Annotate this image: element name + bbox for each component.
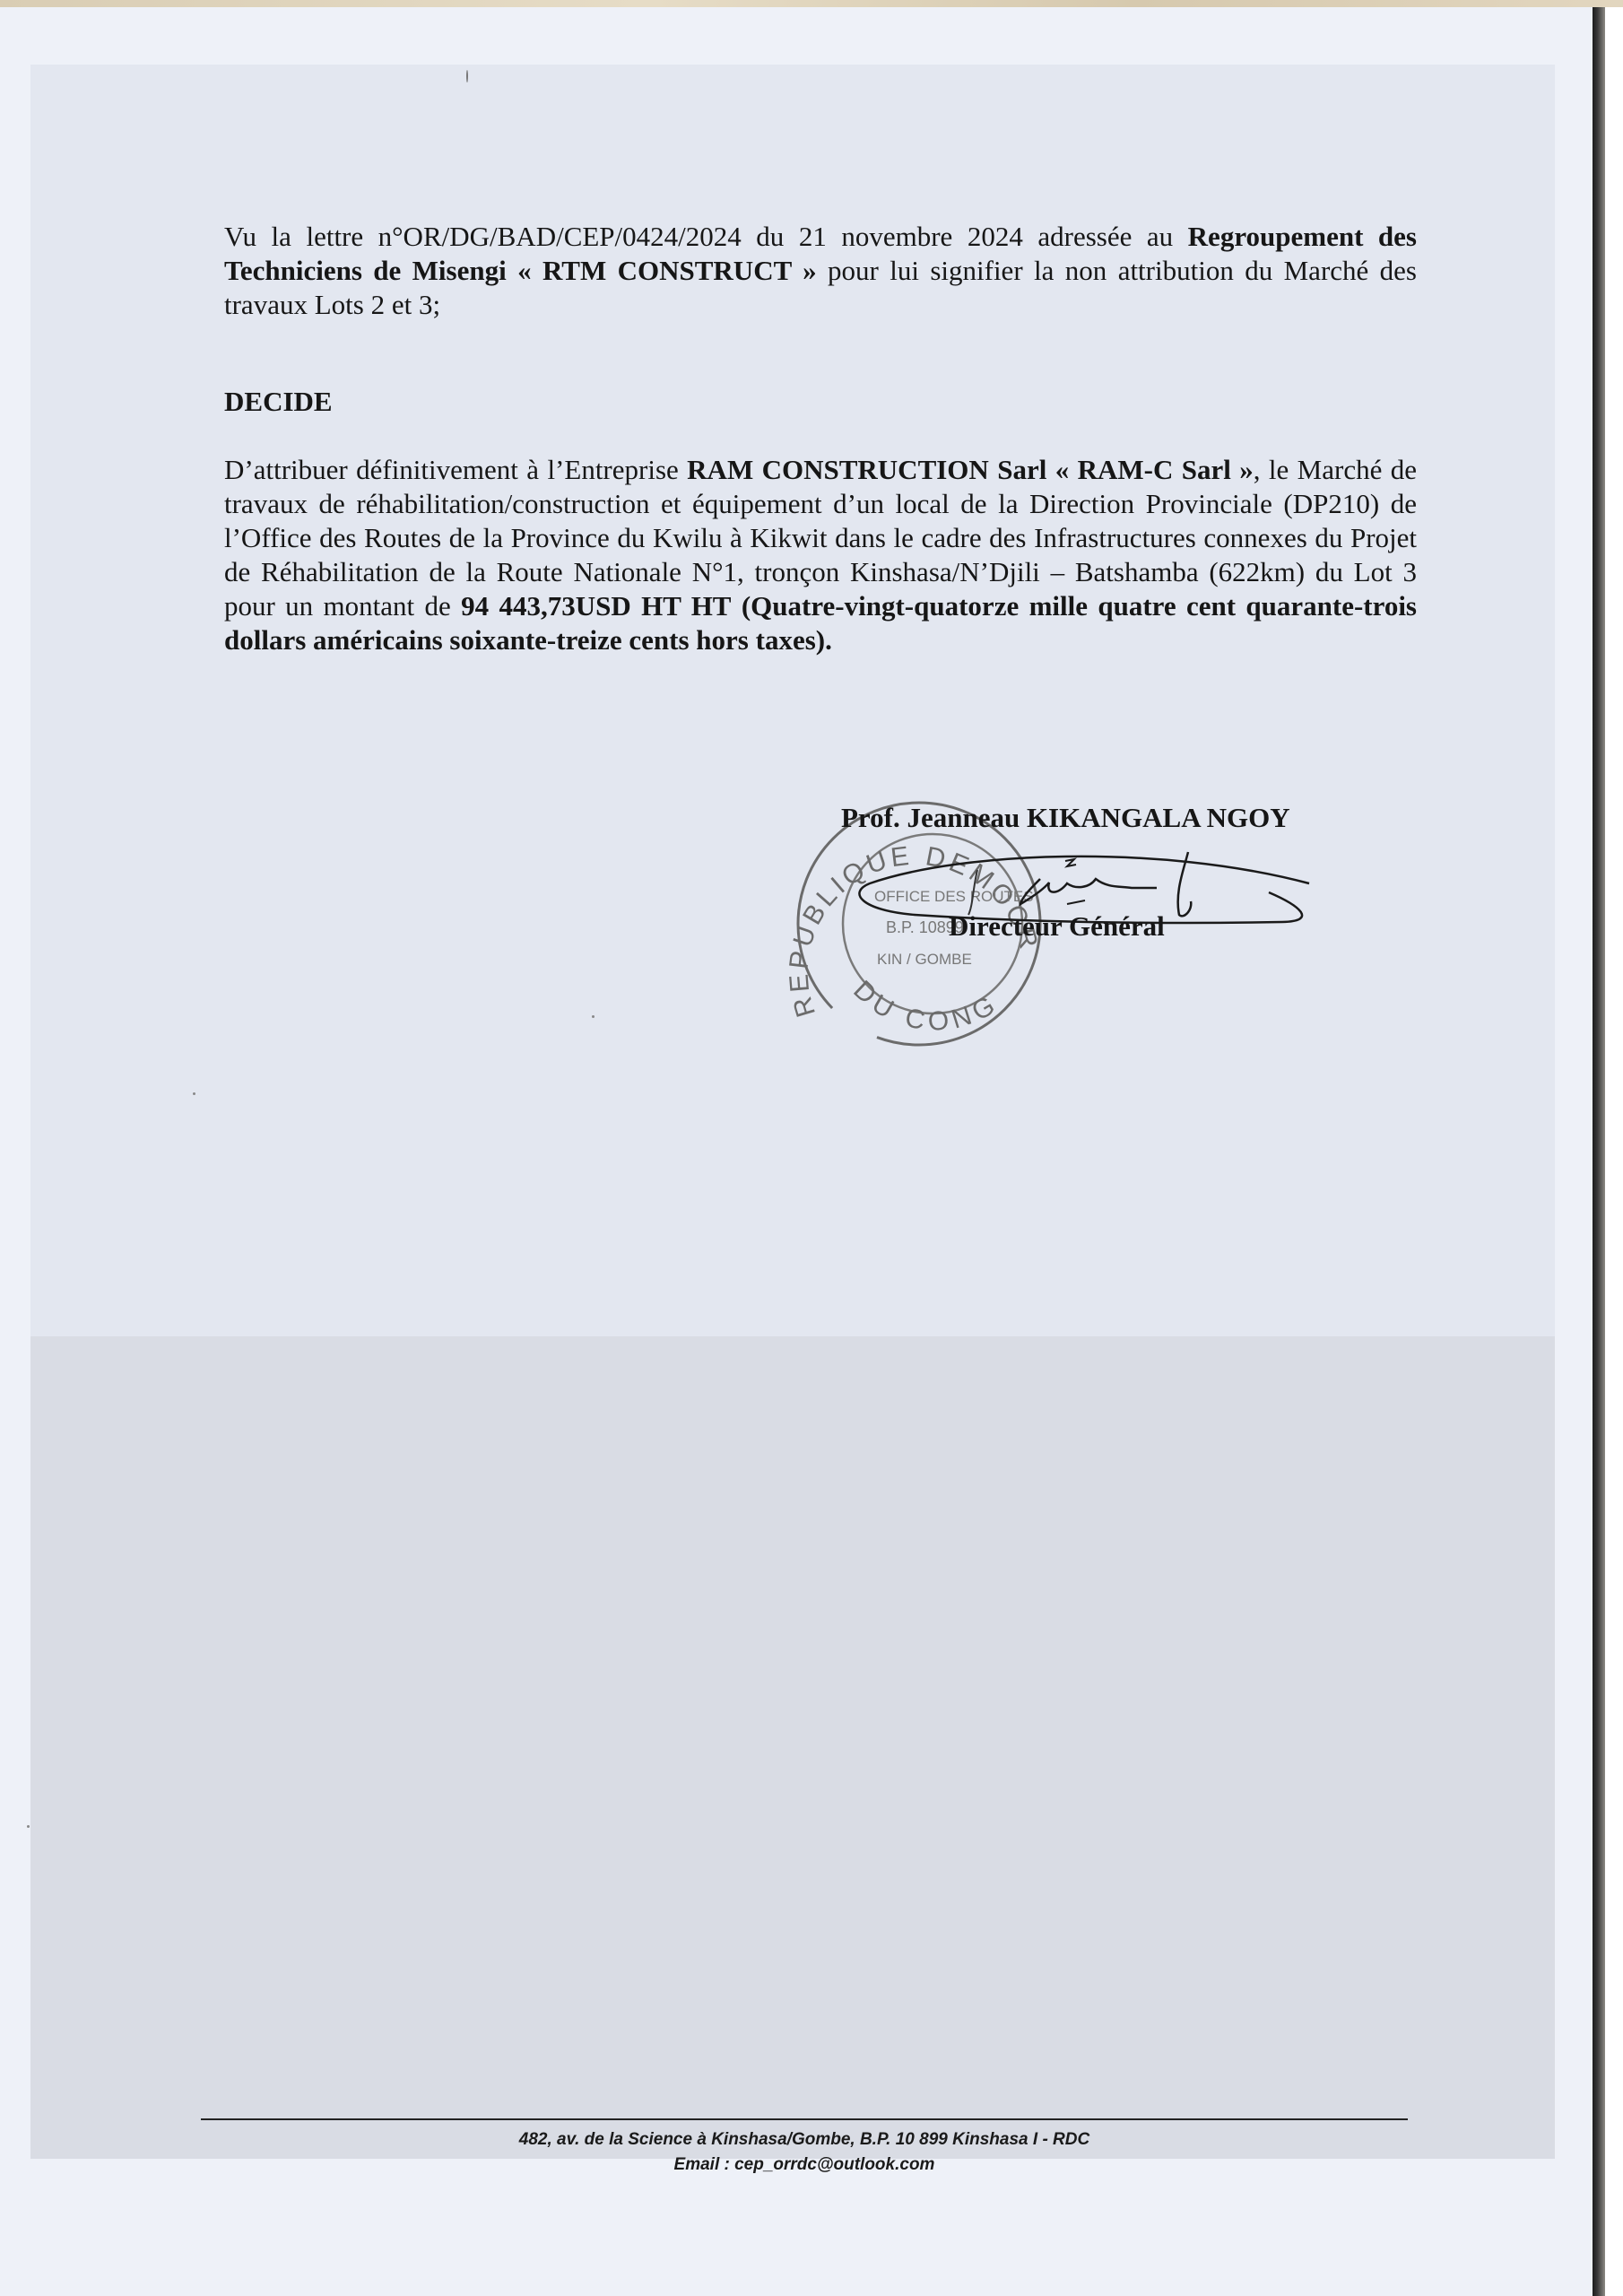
awarded-company: RAM CONSTRUCTION Sarl « RAM-C Sarl » (687, 454, 1254, 485)
scan-shade-lower (30, 1336, 1555, 2159)
decision-paragraph: D’attribuer définitivement à l’Entrepris… (224, 453, 1417, 657)
decision-text: D’attribuer définitivement à l’Entrepris… (224, 454, 687, 485)
footer-address: 482, av. de la Science à Kinshasa/Gombe,… (201, 2127, 1408, 2152)
decide-heading: DECIDE (224, 385, 1417, 419)
scan-right-edge (1593, 7, 1605, 2296)
scan-top-edge (0, 0, 1623, 7)
contract-amount: 94 443,73USD HT HT (461, 590, 731, 622)
signature-block: REPUBLIQUE DEMOCRATIQUE DU CONGO OFFICE … (780, 789, 1354, 1058)
scan-speck (193, 1092, 195, 1095)
scan-mark (466, 70, 468, 83)
considerant-paragraph: Vu la lettre n°OR/DG/BAD/CEP/0424/2024 d… (224, 220, 1417, 322)
page-footer: 482, av. de la Science à Kinshasa/Gombe,… (201, 2127, 1408, 2178)
scan-speck (27, 1825, 30, 1828)
scan-speck (592, 1015, 595, 1018)
footer-divider (201, 2118, 1408, 2120)
considerant-text: Vu la lettre n°OR/DG/BAD/CEP/0424/2024 d… (224, 221, 1188, 252)
document-body: Vu la lettre n°OR/DG/BAD/CEP/0424/2024 d… (224, 220, 1417, 657)
footer-email: Email : cep_orrdc@outlook.com (201, 2152, 1408, 2178)
scan-right-gutter (1605, 7, 1623, 2296)
signatory-title: Directeur Général (949, 910, 1165, 943)
